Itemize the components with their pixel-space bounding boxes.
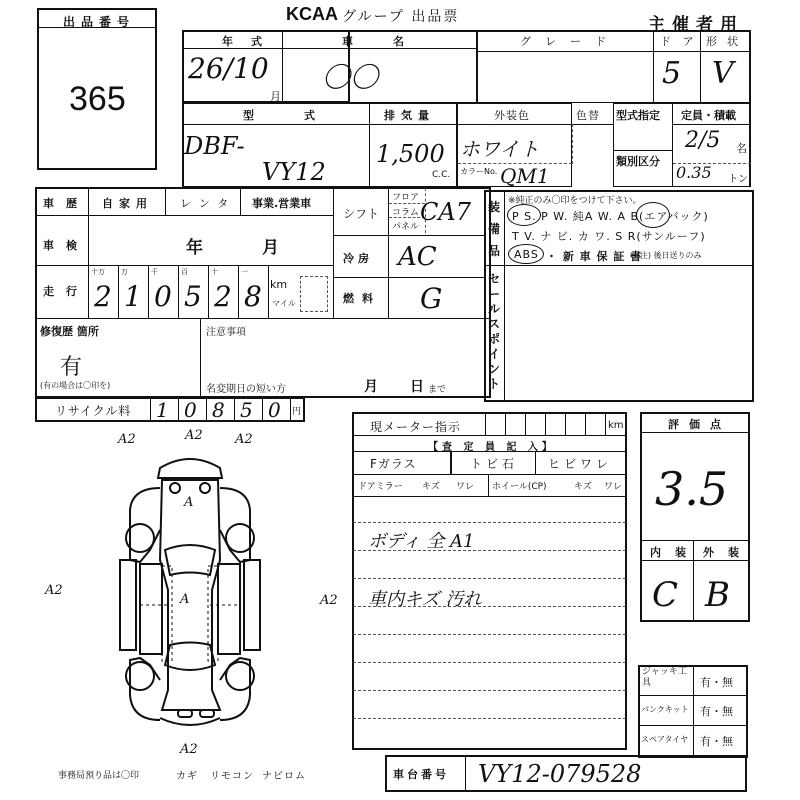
model-value-prefix: DBF- <box>184 132 245 160</box>
lot-number-box: 出品番号 365 <box>37 8 157 170</box>
wheel-label: ホイール(CP) <box>492 479 547 492</box>
fuel-label: 燃料 <box>343 290 381 306</box>
accessory-jack-value[interactable]: 有・無 <box>700 674 733 690</box>
accessory-jack-label: ジャッキ工具 <box>642 667 690 689</box>
damage-mark-rear: A2 <box>180 742 198 757</box>
shift-label: シフト <box>343 205 379 222</box>
damage-mark-hood: A <box>184 495 193 510</box>
capacity-label: 定員・積載 <box>681 107 736 123</box>
mirror-label: ドアミラー <box>358 479 403 492</box>
transfer-day-unit: 日 <box>410 376 425 396</box>
mileage-digit: 5 <box>184 280 202 313</box>
mileage-label: 走行 <box>43 283 89 299</box>
chassis-label: 車台番号 <box>393 766 449 782</box>
inspection-year-unit: 年 <box>186 233 204 258</box>
form-title: グループ 出品票 <box>342 6 459 26</box>
recycle-digit: 1 <box>156 398 169 422</box>
load-unit: トン <box>728 170 748 185</box>
year-value: 26/10 <box>188 52 269 85</box>
notes-label: 注意事項 <box>206 323 246 338</box>
type-designation-label: 型式指定 <box>616 107 660 123</box>
equipment-warranty[interactable]: ・ 新 車 保 証 書 <box>546 248 642 264</box>
office-item-nav-rom[interactable]: ナビロム <box>262 767 306 782</box>
glass-option-chip[interactable]: トビ石 <box>470 455 518 472</box>
damage-mark-front-left: A2 <box>118 432 136 447</box>
repair-value[interactable]: 有 <box>60 350 82 381</box>
mileage-digit: 2 <box>214 280 232 313</box>
model-value-code: VY12 <box>262 158 326 186</box>
doors-label: ドア <box>660 33 706 49</box>
mileage-digit-label: 十 <box>211 267 218 277</box>
year-label: 年式 <box>222 33 280 49</box>
fuel-value: G <box>420 282 442 315</box>
equipment-line-1[interactable]: P S. P W. 純A W. A B(エアバック) <box>512 208 709 224</box>
capacity-value: 2/5 <box>685 128 720 153</box>
accessory-spare-tire-value[interactable]: 有・無 <box>700 733 733 749</box>
inspection-label: 車検 <box>43 237 89 253</box>
mileage-digit: 1 <box>124 280 142 313</box>
history-label: 車歴 <box>43 195 89 211</box>
history-option-rental[interactable]: レンタ <box>180 195 236 211</box>
shape-label: 形状 <box>706 33 748 49</box>
color-no-value: QM1 <box>500 164 550 188</box>
recycle-digit: 0 <box>268 398 281 422</box>
inspection-month-unit: 月 <box>262 233 280 258</box>
circle-ps <box>507 204 541 226</box>
sales-point-label: セールスポイント <box>488 272 502 392</box>
transfer-month-unit: 月 <box>364 376 379 396</box>
mileage-digit: 2 <box>94 280 112 313</box>
damage-mark-left-side: A2 <box>45 583 63 598</box>
recycle-label: リサイクル料 <box>55 402 131 419</box>
meter-unit: km <box>608 420 624 431</box>
kcaa-logo: KCAA <box>286 4 338 25</box>
inspector-comment-1: ボディ 全 A1 <box>368 527 474 553</box>
wheel-option-scratch[interactable]: キズ <box>574 479 592 492</box>
equipment-label: 装備品 <box>488 196 502 262</box>
model-label: 型式 <box>243 107 365 123</box>
accessory-puncture-kit-label: パンクキット <box>641 704 689 715</box>
repair-label: 修復歴 箇所 <box>40 323 99 339</box>
score-label: 評価点 <box>668 416 731 432</box>
equipment-line-2[interactable]: T V. ナ ビ. カ ワ. S R(サンルーフ) <box>512 228 706 244</box>
office-items-label: 事務局預り品は〇印 <box>58 768 139 781</box>
mileage-digit: 8 <box>244 280 262 313</box>
grade-label: グレード <box>520 33 620 49</box>
load-value: 0.35 <box>676 163 712 182</box>
exterior-value: B <box>705 575 730 615</box>
displacement-unit: C.C. <box>432 170 450 180</box>
displacement-label: 排気量 <box>384 107 435 123</box>
doors-value: 5 <box>662 56 681 91</box>
history-option-business[interactable]: 事業.営業車 <box>252 195 311 211</box>
damage-mark-front-right: A2 <box>235 432 253 447</box>
damage-mark-right-side: A2 <box>320 593 338 608</box>
shift-value: CA7 <box>420 198 471 226</box>
color-no-label: カラーNo. <box>460 166 497 177</box>
transfer-label: 名変期日の短い方 <box>206 380 286 395</box>
recycle-digit: 5 <box>240 398 253 422</box>
transfer-until: まで <box>428 382 446 395</box>
lot-number: 365 <box>69 80 126 119</box>
wheel-option-crack[interactable]: ワレ <box>604 479 622 492</box>
damage-mark-front-center: A2 <box>185 428 203 443</box>
mirror-option-crack[interactable]: ワレ <box>456 479 474 492</box>
meter-label: 現メーター指示 <box>370 418 461 435</box>
history-option-private[interactable]: 自家用 <box>102 195 153 211</box>
mileage-unit-mile: マイル <box>272 298 296 309</box>
month-unit: 月 <box>270 88 281 104</box>
score-value: 3.5 <box>655 462 728 516</box>
mirror-option-scratch[interactable]: キズ <box>422 479 440 492</box>
chassis-value: VY12-079528 <box>478 760 641 788</box>
mileage-digit-label: 千 <box>151 267 158 277</box>
exterior-label: 外装 <box>703 544 753 560</box>
recycle-digit: 0 <box>184 398 197 422</box>
damage-mark-roof: A <box>180 592 189 607</box>
glass-option-crack[interactable]: ヒビワレ <box>548 455 612 472</box>
mileage-digit: 0 <box>154 280 172 313</box>
recycle-unit: 円 <box>292 404 301 417</box>
color-change-label: 色替 <box>576 107 600 123</box>
displacement-value: 1,500 <box>376 140 445 168</box>
office-item-remote[interactable]: リモコン <box>210 767 254 782</box>
repair-note: (有の場合は〇印を) <box>40 380 110 391</box>
shift-option-panel[interactable]: パネル <box>392 219 419 232</box>
mile-checkbox[interactable] <box>300 276 328 312</box>
mileage-digit-label: 万 <box>121 267 128 277</box>
mileage-digit-label: 一 <box>241 267 248 277</box>
circle-ab <box>636 202 670 228</box>
car-damage-diagram[interactable] <box>60 440 320 740</box>
color-label: 外装色 <box>494 107 530 123</box>
glass-label: Fガラス <box>370 455 417 472</box>
office-item-key[interactable]: カギ <box>176 767 198 782</box>
car-name-label: 車名 <box>342 33 444 49</box>
shape-value: V <box>712 56 734 91</box>
inspector-comment-2: 車内キズ 汚れ <box>368 585 481 611</box>
ac-label: 冷房 <box>343 250 373 266</box>
color-value: ホワイト <box>460 133 539 162</box>
class-label: 類別区分 <box>616 153 660 169</box>
mileage-unit-km: km <box>270 278 287 291</box>
ac-value: AC <box>398 242 437 272</box>
car-name-value: 〇〇 <box>322 56 378 96</box>
accessory-puncture-kit-value[interactable]: 有・無 <box>700 703 733 719</box>
capacity-unit: 名 <box>736 140 747 156</box>
equipment-warranty-note: ←(注) 後日送りのみ <box>630 250 702 261</box>
mileage-digit-label: 十万 <box>91 267 105 277</box>
circle-abs <box>508 244 544 264</box>
recycle-digit: 8 <box>212 398 225 422</box>
interior-value: C <box>652 575 678 615</box>
mileage-digit-label: 百 <box>181 267 188 277</box>
accessory-spare-tire-label: スペアタイヤ <box>641 734 688 745</box>
shift-option-floor[interactable]: フロア <box>392 190 419 203</box>
